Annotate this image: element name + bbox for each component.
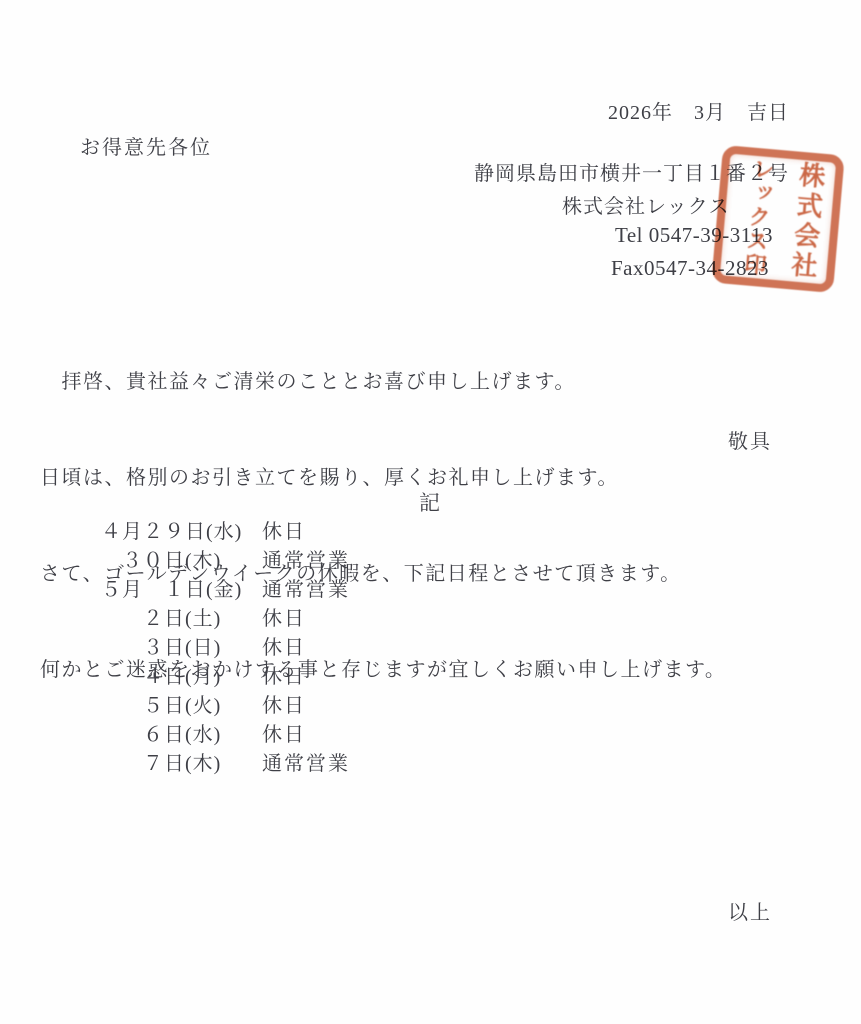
schedule-date: ２日(土) <box>101 605 262 634</box>
schedule-date: ４日(月) <box>101 663 262 692</box>
schedule-date: ４月２９日(水) <box>101 518 262 547</box>
schedule-row: ２日(土) 休日 <box>101 605 350 634</box>
schedule-status: 通常営業 <box>262 576 350 605</box>
seal-text-right-column: 株式会社 <box>776 158 836 284</box>
body-line-greeting: 拝啓、貴社益々ご清栄のこととお喜び申し上げます。 <box>40 366 726 398</box>
schedule-status: 休日 <box>262 634 306 663</box>
schedule-date: ７日(木) <box>101 750 262 779</box>
schedule-status: 休日 <box>262 518 306 547</box>
schedule-row: ５日(火) 休日 <box>101 692 350 721</box>
schedule-row: ３日(日) 休日 <box>101 634 350 663</box>
schedule-date: ６日(水) <box>101 721 262 750</box>
section-marker-ki: 記 <box>0 487 861 517</box>
schedule-status: 休日 <box>262 663 306 692</box>
schedule-row: ３０日(木) 通常営業 <box>101 547 350 576</box>
end-marker-ijou: 以上 <box>728 896 772 925</box>
schedule-row: ５月 １日(金) 通常営業 <box>101 576 350 605</box>
schedule-status: 休日 <box>262 692 306 721</box>
letter-date: 2026年 3月 吉日 <box>608 96 789 125</box>
closing-keigu: 敬具 <box>728 425 772 454</box>
recipient-line: お得意先各位 <box>80 131 212 160</box>
schedule-row: ７日(木) 通常営業 <box>101 750 350 779</box>
schedule-row: ６日(水) 休日 <box>101 721 350 750</box>
schedule-date: ５月 １日(金) <box>101 576 262 605</box>
schedule-date: ３０日(木) <box>101 547 262 576</box>
holiday-schedule-list: ４月２９日(水) 休日 ３０日(木) 通常営業 ５月 １日(金) 通常営業 ２日… <box>101 518 350 779</box>
schedule-date: ５日(火) <box>101 692 262 721</box>
schedule-status: 通常営業 <box>262 750 350 779</box>
schedule-status: 休日 <box>262 605 306 634</box>
schedule-row: ４日(月) 休日 <box>101 663 350 692</box>
sender-company-name: 株式会社レックス <box>562 190 730 219</box>
schedule-status: 休日 <box>262 721 306 750</box>
company-seal-stamp: 株式会社 レックス印 <box>711 145 845 293</box>
schedule-status: 通常営業 <box>262 547 350 576</box>
schedule-date: ３日(日) <box>101 634 262 663</box>
schedule-row: ４月２９日(水) 休日 <box>101 518 350 547</box>
